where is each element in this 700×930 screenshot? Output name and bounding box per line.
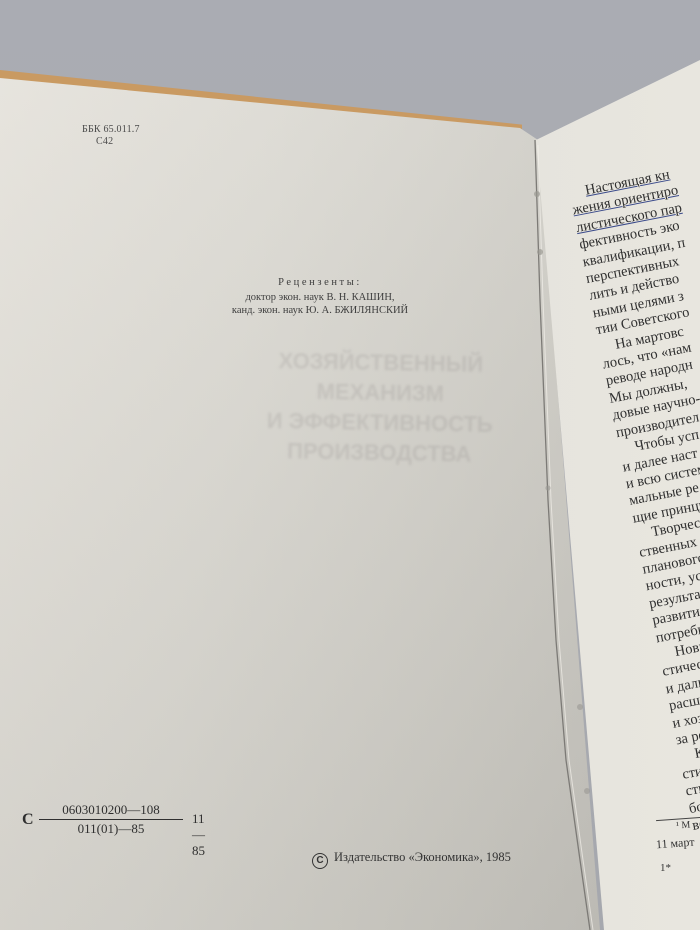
reviewers-heading: Рецензенты: [160, 276, 480, 289]
copyright-icon: C [312, 853, 328, 869]
footnote-marker: ¹ М [676, 820, 691, 832]
book-photo: ББК 65.011.7 С42 Рецензенты: доктор экон… [0, 0, 700, 930]
imprint-letter: С [22, 811, 34, 829]
author-mark: С42 [82, 136, 140, 148]
bbk-classification: ББК 65.011.7 С42 [82, 124, 140, 148]
reviewer-line: канд. экон. наук Ю. А. БЖИЛЯНСКИЙ [160, 304, 480, 317]
imprint-denominator: 011(01)—85 [39, 820, 183, 837]
signature-mark: 1* [660, 862, 671, 874]
bleed-through-title: ХОЗЯЙСТВЕННЫЙ МЕХАНИЗМ И ЭФФЕКТИВНОСТЬ П… [229, 345, 531, 470]
imprint-fraction: 0603010200—108 011(01)—85 [39, 802, 183, 837]
footnote-text: 11 март [656, 835, 695, 853]
bbk-code: ББК 65.011.7 [82, 124, 140, 135]
reviewers-block: Рецензенты: доктор экон. наук В. Н. КАШИ… [160, 276, 480, 317]
copyright-line: CИздательство «Экономика», 1985 [312, 850, 511, 869]
bleed-through-line: И ЭФФЕКТИВНОСТЬ [229, 405, 529, 440]
imprint-year-code: 11—85 [192, 811, 205, 859]
copyright-text: Издательство «Экономика», 1985 [334, 850, 511, 864]
bleed-through-line: ПРОИЗВОДСТВА [229, 435, 529, 470]
reviewer-line: доктор экон. наук В. Н. КАШИН, [160, 291, 480, 304]
imprint-numerator: 0603010200—108 [39, 802, 183, 820]
